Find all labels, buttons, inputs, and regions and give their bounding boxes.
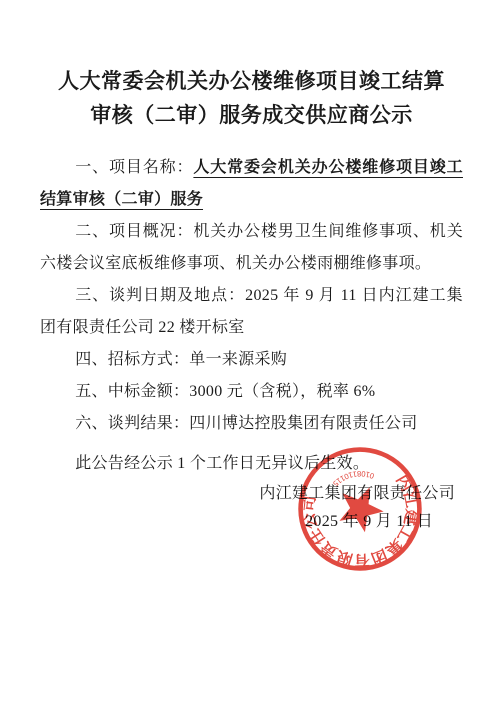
para-negotiation-result: 六、谈判结果：四川博达控股集团有限责任公司 [40, 408, 463, 440]
para-project-name-label: 一、项目名称： [75, 159, 193, 176]
signature-date: 2025 年 9 月 11 日 [40, 508, 463, 536]
document-title: 人大常委会机关办公楼维修项目竣工结算 审核（二审）服务成交供应商公示 [40, 64, 463, 132]
para-bidding-method: 四、招标方式：单一来源采购 [40, 344, 463, 376]
para-award-amount: 五、中标金额：3000 元（含税），税率 6% [40, 376, 463, 408]
para-project-name: 一、项目名称：人大常委会机关办公楼维修项目竣工结算审核（二审）服务 [40, 152, 463, 216]
para-negotiation-date-location: 三、谈判日期及地点：2025 年 9 月 11 日内江建工集团有限责任公司 22… [40, 280, 463, 344]
closing-statement: 此公告经公示 1 个工作日无异议后生效。 [40, 448, 463, 480]
document-page: 人大常委会机关办公楼维修项目竣工结算 审核（二审）服务成交供应商公示 一、项目名… [0, 0, 503, 717]
title-line-2: 审核（二审）服务成交供应商公示 [40, 98, 463, 132]
signature-block: 内江建工集团有限责任公司 2025 年 9 月 11 日 [40, 480, 463, 536]
title-line-1: 人大常委会机关办公楼维修项目竣工结算 [40, 64, 463, 98]
para-project-overview: 二、项目概况：机关办公楼男卫生间维修事项、机关六楼会议室底板维修事项、机关办公楼… [40, 216, 463, 280]
signature-company: 内江建工集团有限责任公司 [40, 480, 463, 508]
